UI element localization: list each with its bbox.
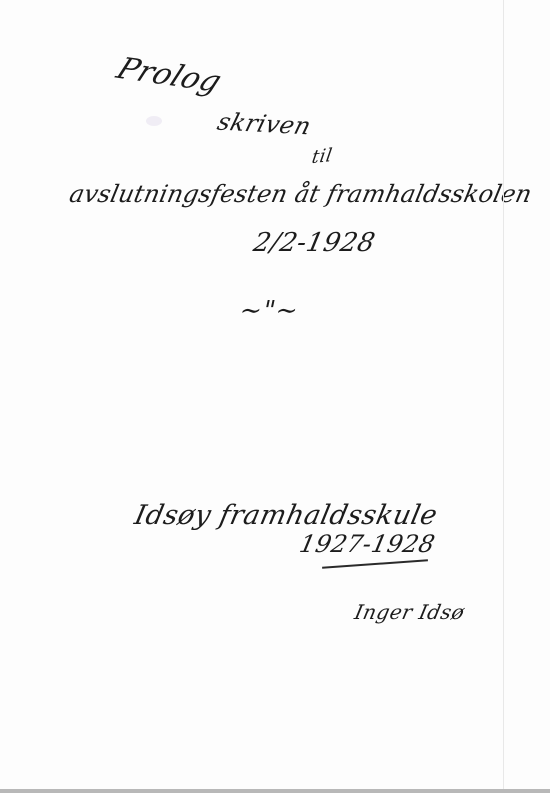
document-title: Prolog <box>111 52 227 100</box>
author-signature: Inger Idsø <box>352 600 466 624</box>
ink-smudge <box>146 116 162 126</box>
document-date: 2/2-1928 <box>251 228 378 258</box>
scan-bottom-edge <box>0 789 550 793</box>
school-years: 1927-1928 <box>297 530 438 558</box>
document-subtitle: skriven <box>214 108 314 141</box>
page-fold-line <box>503 0 504 793</box>
school-name: Idsøy framhaldsskule <box>132 500 441 531</box>
decorative-separator: ~"~ <box>237 296 302 326</box>
occasion-line: avslutningsfesten åt framhaldsskolen <box>67 180 534 208</box>
manuscript-page: Prolog skriven til avslutningsfesten åt … <box>0 0 550 793</box>
years-underline <box>322 559 428 568</box>
connector-word: til <box>310 145 334 169</box>
